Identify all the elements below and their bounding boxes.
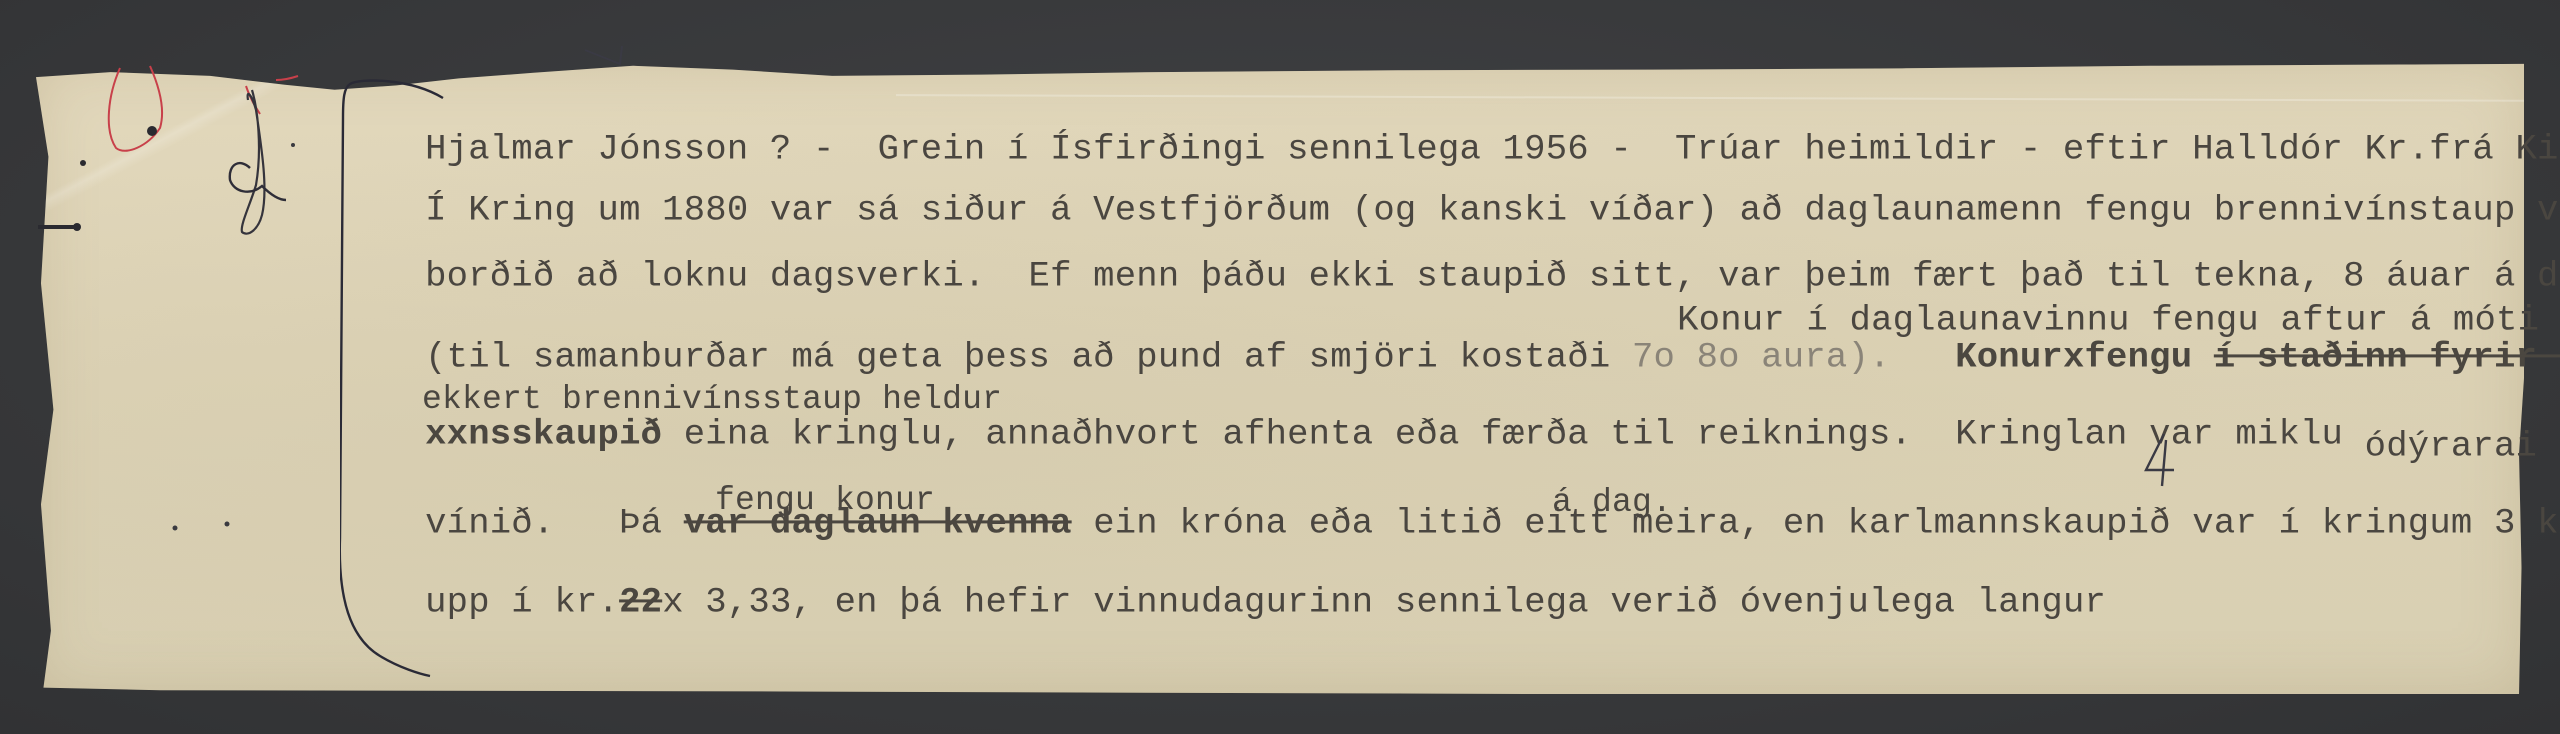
line-5-text: eina kringlu, annaðhvort afhenta eða fær… [662,413,2343,454]
struck-text: Konurxfengu [1955,336,2192,377]
correction-text: ódýrarai [2365,425,2537,466]
torn-corner-mark [580,30,640,70]
struck-text: var daglaun kvenna [684,502,1072,543]
text-line-7: upp í kr.22x 3,33, en þá hefir vinnudagu… [382,548,2106,619]
struck-text: xxnsskaupið [425,413,662,454]
text-line-6: vínið. Þá var daglaun kvenna ein króna e… [382,469,2560,540]
line-6-text: ein króna eða litið eitt meira, en karlm… [1072,502,2560,543]
margin-annotations [0,0,340,734]
line-4-faint-text: 7o 8o aura). [1610,336,1890,377]
line-7-text: x 3,33, en þá hefir vinnudagurinn sennil… [662,581,2106,622]
red-pencil-mark [109,66,162,151]
line-7-start-text: upp í kr. [425,581,619,622]
handwritten-initials [242,90,265,234]
text-line-5: xxnsskaupið eina kringlu, annaðhvort afh… [382,380,2560,451]
text-line-2: Í Kring um 1880 var sá siður á Vestfjörð… [382,156,2560,227]
struck-text: 22 [619,581,662,622]
line-6-start-text: vínið. Þá [425,502,662,543]
struck-text: í staðinn fyrir brenni [2214,336,2560,377]
line-5-end-text: en brenni [2537,413,2560,454]
